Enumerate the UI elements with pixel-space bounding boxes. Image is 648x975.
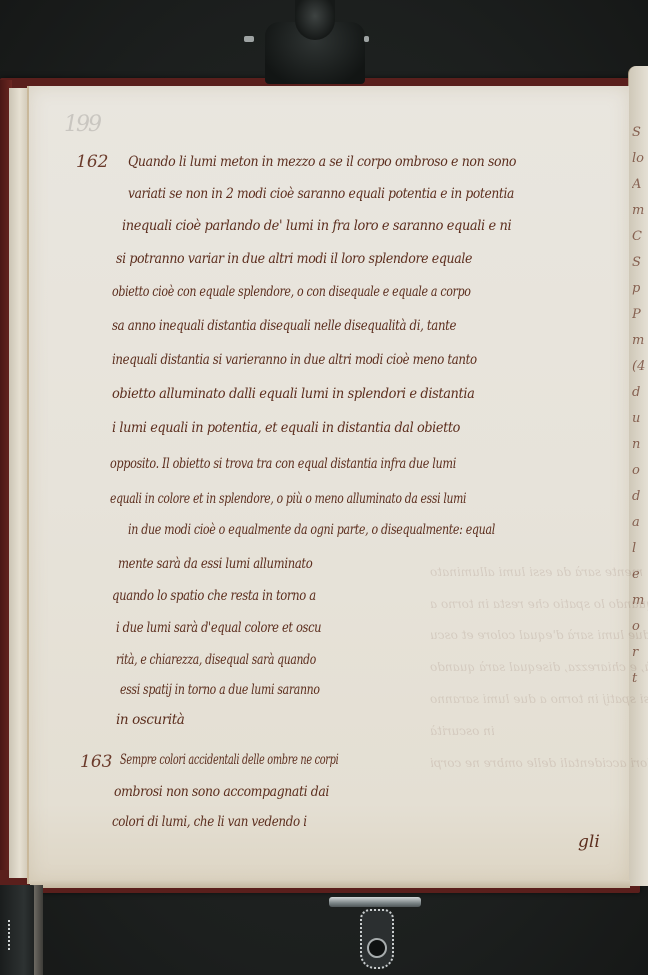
text-line: colori di lumi, che li van vedendo i xyxy=(112,814,307,830)
show-through-text: rità, e chiarezza, disequal sarà quando xyxy=(430,660,648,674)
section-number-163: 163 xyxy=(80,752,112,772)
text-line: Quando li lumi meton in mezzo a se il co… xyxy=(128,154,516,170)
text-line: obietto alluminato dalli equali lumi in … xyxy=(112,386,474,402)
text-line: si potranno variar in due altri modi il … xyxy=(116,251,472,267)
show-through-text: i due lumi sarà d'equal colore et oscu xyxy=(430,628,648,642)
text-line: i lumi equali in potentia, et equali in … xyxy=(112,420,460,436)
section-number-162: 162 xyxy=(76,152,108,172)
text-line: inequali cioè parlando de' lumi in fra l… xyxy=(122,218,511,234)
show-through-text: in oscurità xyxy=(430,724,495,738)
top-page-clip xyxy=(240,0,390,84)
catchword: gli xyxy=(578,832,600,852)
bottom-page-clip xyxy=(327,895,423,970)
text-line: in oscurità xyxy=(116,712,184,728)
text-line: ombrosi non sono accompagnati dai xyxy=(114,784,329,800)
folio-number: 199 xyxy=(64,112,100,137)
text-line: mente sarà da essi lumi alluminato xyxy=(118,556,312,572)
show-through-text: Sempre colori accidentali delle ombre ne… xyxy=(430,756,648,770)
show-through-text: quando lo spatio che resta in torno a xyxy=(430,597,648,611)
text-line: rità, e chiarezza, disequal sarà quando xyxy=(116,652,316,668)
text-line: quando lo spatio che resta in torno a xyxy=(112,588,316,604)
facing-page-text: S lo A m C S p P m (4 d u n o d a l e m … xyxy=(632,120,648,820)
book-weight-rail xyxy=(34,885,43,975)
text-line: Sempre colori accidentali delle ombre ne… xyxy=(120,752,338,768)
text-line: variati se non in 2 modi cioè saranno eq… xyxy=(128,186,514,202)
show-through-text: mente sarà da essi lumi alluminato xyxy=(430,565,643,579)
text-line: essi spatij in torno a due lumi saranno xyxy=(120,682,320,698)
page-stack xyxy=(9,88,28,878)
text-line: sa anno inequali distantia disequali nel… xyxy=(112,318,456,334)
leaf-bottom-edge xyxy=(30,880,630,888)
text-line: inequali distantia si varieranno in due … xyxy=(112,352,477,368)
text-line: i due lumi sarà d'equal colore et oscu xyxy=(116,620,321,636)
show-through-text: essi spatij in torno a due lumi saranno xyxy=(430,692,648,706)
text-line: obietto cioè con equale splendore, o con… xyxy=(112,284,471,300)
text-line: opposito. Il obietto si trova tra con eq… xyxy=(110,456,456,472)
text-line: equali in colore et in splendore, o più … xyxy=(110,491,466,507)
book-weight-chain xyxy=(0,920,10,950)
text-line: in due modi cioè o equalmente da ogni pa… xyxy=(128,522,495,538)
